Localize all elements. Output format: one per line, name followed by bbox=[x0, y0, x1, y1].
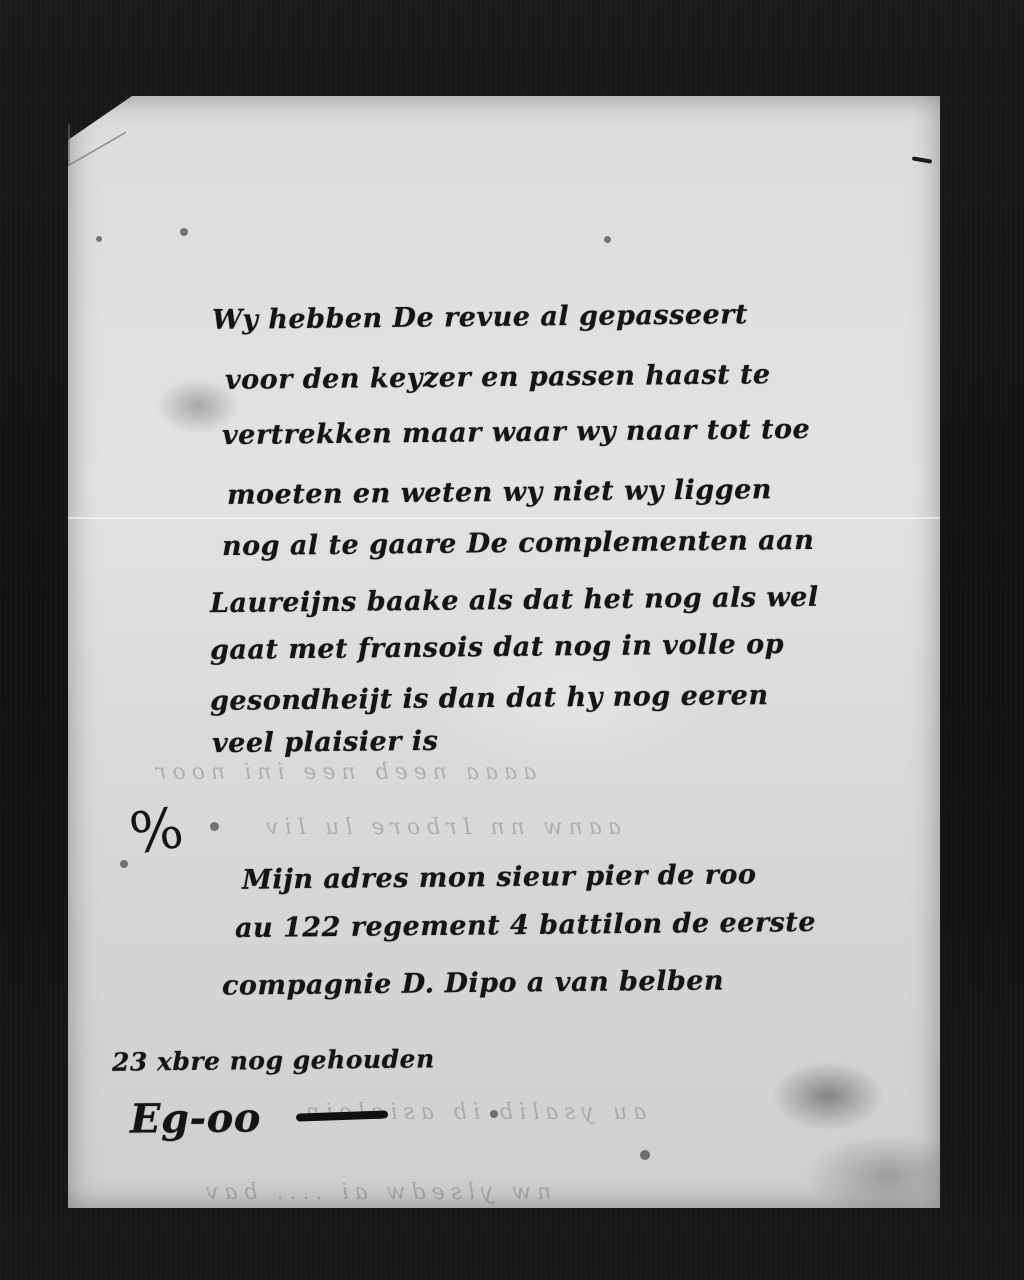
letter-line-1: Wy hebben De revue al gepasseert bbox=[212, 299, 748, 336]
ink-spot bbox=[640, 1150, 650, 1160]
ink-spot bbox=[604, 236, 611, 243]
ink-spot bbox=[180, 228, 188, 236]
letter-line-5: nog al te gaare De complementen aan bbox=[222, 525, 815, 562]
date-note: 23 xbre nog gehouden bbox=[112, 1044, 435, 1076]
signature: Eg-oo bbox=[130, 1094, 261, 1142]
letter-line-6: Laureijns baake als dat het nog als wel bbox=[210, 582, 819, 619]
paper-fold-line bbox=[68, 516, 940, 519]
ink-spot bbox=[490, 1110, 498, 1118]
letter-line-9: veel plaisier is bbox=[212, 726, 439, 759]
letter-line-3: vertrekken maar waar wy naar tot toe bbox=[222, 414, 811, 451]
ink-spot bbox=[96, 236, 102, 242]
letter-line-2: voor den keyzer en passen haast te bbox=[225, 359, 771, 396]
letter-line-7: gaat met fransois dat nog in volle op bbox=[210, 629, 784, 666]
address-line-3: compagnie D. Dipo a van belben bbox=[222, 965, 724, 1001]
address-line-1: Mijn adres mon sieur pier de roo bbox=[242, 859, 757, 895]
bleed-through-text: aaaa neeb nee ini noor bbox=[150, 760, 536, 785]
letter-line-4: moeten en weten wy niet wy liggen bbox=[227, 474, 772, 511]
bleed-through-text: aanw nn Irbore lu Iiv bbox=[260, 815, 621, 840]
bleed-through-text: nw ylsedw ai .... bav bbox=[200, 1180, 551, 1205]
ink-spot bbox=[120, 860, 128, 868]
address-line-2: au 122 regement 4 battilon de eerste bbox=[235, 907, 816, 944]
letter-line-8: gesondheijt is dan dat hy nog eeren bbox=[210, 680, 769, 717]
